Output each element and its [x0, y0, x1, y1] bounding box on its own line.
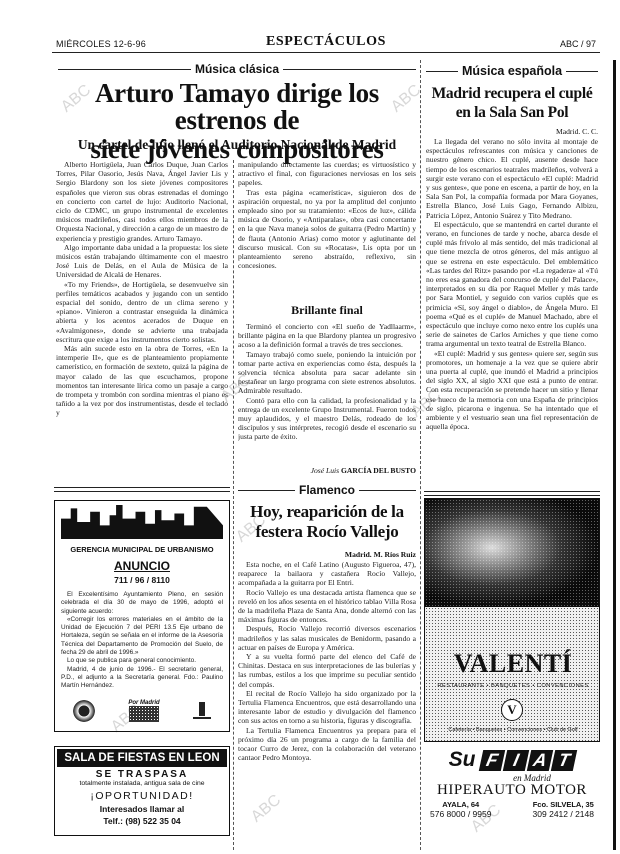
- page-number: ABC / 97: [560, 39, 596, 49]
- skyline-logo-icon: [61, 505, 223, 539]
- article-classical-col1: Alberto Hortigüela, Juan Carlos Duque, J…: [56, 160, 228, 460]
- dealer-location-1: AYALA, 64 576 8000 / 9959: [430, 800, 491, 819]
- section-title: ESPECTÁCULOS: [52, 34, 600, 50]
- kicker-musica-espanola: Música española: [426, 64, 598, 78]
- kicker-classical: Música clásica: [58, 62, 416, 76]
- paragraph: Terminó el concierto con «El sueño de Ya…: [238, 322, 416, 350]
- paragraph: Esta noche, en el Café Latino (Augusto F…: [238, 560, 416, 588]
- valenti-emblem-icon: V: [501, 699, 523, 721]
- dealer-location-2: Fco. SILVELA, 35 309 2412 / 2148: [533, 800, 594, 819]
- paragraph: Después, Rocío Vallejo recorrió diversos…: [238, 624, 416, 652]
- ad-title: ANUNCIO: [55, 559, 229, 573]
- ad-org: GERENCIA MUNICIPAL DE URBANISMO: [55, 545, 229, 554]
- subhead-brillante-final: Brillante final: [238, 303, 416, 318]
- ad-urbanismo: GERENCIA MUNICIPAL DE URBANISMO ANUNCIO …: [54, 500, 230, 732]
- paragraph: Algo importante daba unidad a la propues…: [56, 243, 228, 280]
- ad-leon-phone: Telf.: (98) 522 35 04: [55, 816, 229, 826]
- divider-rule: [54, 487, 230, 492]
- paragraph: Tamayo trabajó como suele, poniendo la i…: [238, 350, 416, 396]
- paragraph: «To my Friends», de Hortigüela, se desen…: [56, 280, 228, 344]
- paragraph: Tras esta página «camerística», siguiero…: [238, 188, 416, 271]
- byline-classical: José Luis GARCÍA DEL BUSTO: [238, 466, 416, 475]
- ad-body: El Excelentísimo Ayuntamiento Pleno, en …: [55, 585, 229, 691]
- fiat-logo: F I A T: [481, 750, 575, 771]
- kicker-flamenco: Flamenco: [238, 483, 416, 497]
- madrid-logo-icon: [129, 706, 159, 722]
- ad-fiat: Su F I A T en Madrid HIPERAUTO MOTOR AYA…: [424, 748, 600, 828]
- column-divider: [233, 160, 234, 850]
- divider-rule: [424, 491, 600, 496]
- paragraph: Más aún sucede esto en la obra de Torres…: [56, 344, 228, 418]
- dateline-flamenco: Madrid. M. Ríos Ruiz: [238, 550, 416, 559]
- subheadline-classical: Un cartel de lujo llenó el Auditorio Nac…: [52, 137, 422, 153]
- column-divider: [420, 60, 421, 850]
- paragraph: Y a su vuelta formó parte del elenco del…: [238, 652, 416, 689]
- valenti-logo: VALENTÍ: [425, 649, 600, 679]
- ad-valenti: VALENTÍ RESTAURANTE • BANQUETES • CONVEN…: [424, 498, 600, 742]
- ad-leon-title: SALA DE FIESTAS EN LEON: [57, 749, 227, 767]
- paragraph: El recital de Rocío Vallejo ha sido orga…: [238, 689, 416, 726]
- dealer-name: HIPERAUTO MOTOR: [424, 782, 600, 799]
- paragraph: Contó para ello con la calidad, la profe…: [238, 396, 416, 442]
- paragraph: La Tertulia Flamenca Encuentros ya prepa…: [238, 726, 416, 763]
- paragraph: La llegada del verano no sólo invita al …: [426, 137, 598, 220]
- paragraph: Rocío Vallejo es una destacada artista f…: [238, 588, 416, 625]
- dateline-cuple: Madrid. C. C.: [426, 127, 598, 136]
- article-flamenco: Esta noche, en el Café Latino (Augusto F…: [238, 560, 416, 830]
- ad-logos: Por Madrid: [55, 697, 229, 725]
- emblem-icon: [70, 700, 98, 722]
- ad-ref: 711 / 96 / 8110: [55, 575, 229, 585]
- bear-tree-icon: [190, 700, 214, 722]
- paragraph: El espectáculo, que se mantendrá en cart…: [426, 220, 598, 349]
- page-edge: [613, 60, 616, 850]
- ad-sala-fiestas-leon: SALA DE FIESTAS EN LEON SE TRASPASA tota…: [54, 746, 230, 836]
- page-folio: MIÉRCOLES 12-6-96 ESPECTÁCULOS ABC / 97: [52, 38, 600, 53]
- article-cuple: La llegada del verano no sólo invita al …: [426, 137, 598, 485]
- paragraph: manipulando directamente las cuerdas; es…: [238, 160, 416, 188]
- article-classical-col2: manipulando directamente las cuerdas; es…: [238, 160, 416, 295]
- paragraph: «El cuplé: Madrid y sus gentes» quiere s…: [426, 349, 598, 432]
- headline-flamenco: Hoy, reaparición de la festera Rocío Val…: [238, 503, 416, 540]
- paragraph: Alberto Hortigüela, Juan Carlos Duque, J…: [56, 160, 228, 243]
- article-classical-col2-final: Terminó el concierto con «El sueño de Ya…: [238, 322, 416, 457]
- headline-cuple: Madrid recupera el cuplé en la Sala San …: [426, 86, 598, 120]
